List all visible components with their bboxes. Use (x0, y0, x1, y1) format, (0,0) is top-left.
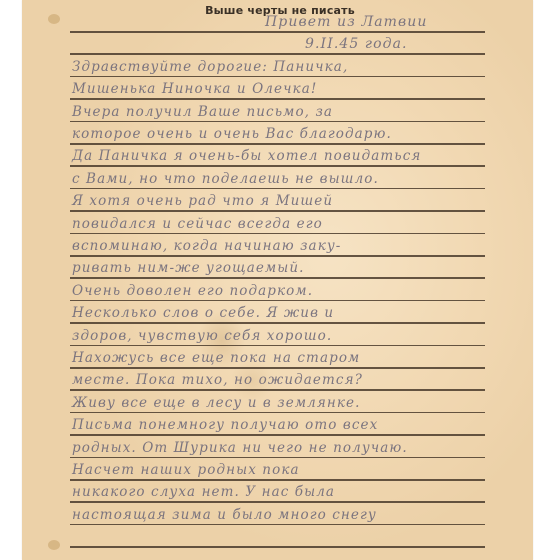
ruled-line (70, 524, 485, 526)
ruled-line (70, 367, 485, 369)
letter-line: Живу все еще в лесу и в землянке. (72, 395, 532, 411)
letter-line: Я хотя очень рад что я Мишей (72, 193, 532, 209)
ruled-line (70, 233, 485, 235)
letter-line: настоящая зима и было много снегу (72, 507, 532, 523)
ruled-line (70, 255, 485, 257)
ruled-line (70, 31, 485, 33)
letter-line: никакого слуха нет. У нас была (72, 484, 532, 500)
letter-line: Да Паничка я очень-бы хотел повидаться (72, 148, 532, 164)
ruled-line (70, 277, 485, 279)
paper-stain (48, 540, 60, 550)
letter-line: родных. От Шурика ни чего не получаю. (72, 440, 532, 456)
ruled-line (70, 412, 485, 414)
ruled-line (70, 479, 485, 481)
ruled-line (70, 121, 485, 123)
ruled-line (70, 165, 485, 167)
ruled-line (70, 322, 485, 324)
ruled-line (70, 53, 485, 55)
letter-line: Нахожусь все еще пока на старом (72, 350, 532, 366)
letter-line: ривать ним-же угощаемый. (72, 260, 532, 276)
letter-line: Мишенька Ниночка и Олечка! (72, 81, 532, 97)
ruled-line (70, 76, 485, 78)
ruled-line (70, 210, 485, 212)
ruled-line (70, 389, 485, 391)
letter-line: с Вами, но что поделаешь не вышло. (72, 171, 532, 187)
ruled-line (70, 434, 485, 436)
ruled-line (70, 457, 485, 459)
ruled-line (70, 143, 485, 145)
ruled-line (70, 345, 485, 347)
ruled-line (70, 98, 485, 100)
letter-line: Очень доволен его подарком. (72, 283, 532, 299)
letter-line: месте. Пока тихо, но ожидается? (72, 372, 532, 388)
ruled-line (70, 188, 485, 190)
letter-line: вспоминаю, когда начинаю заку- (72, 238, 532, 254)
letter-line: Насчет наших родных пока (72, 462, 532, 478)
letter-line: Несколько слов о себе. Я жив и (72, 305, 532, 321)
letter-line: Вчера получил Ваше письмо, за (72, 104, 532, 120)
letter-line: Письма понемногу получаю ото всех (72, 417, 532, 433)
greeting-line: Привет из Латвии (265, 14, 560, 30)
letter-line: которое очень и очень Вас благодарю. (72, 126, 532, 142)
letter-line: повидался и сейчас всегда его (72, 216, 532, 232)
date-line: 9.II.45 года. (305, 36, 560, 52)
letter-line: здоров, чувствую себя хорошо. (72, 328, 532, 344)
ruled-line (70, 300, 485, 302)
ruled-line (70, 501, 485, 503)
letter-line: Здравствуйте дорогие: Паничка, (72, 59, 532, 75)
ruled-line (70, 546, 485, 548)
